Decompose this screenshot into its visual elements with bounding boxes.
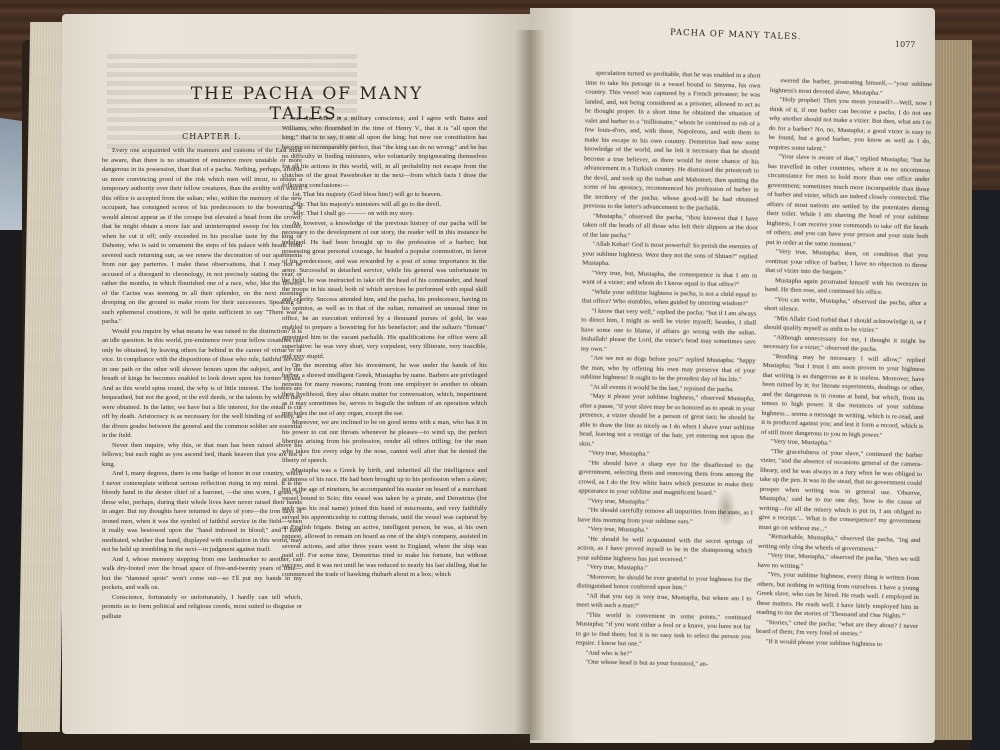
paragraph: "While your sublime highness is pacha, i… (582, 287, 757, 309)
paragraph: speculation turned so profitable, that h… (583, 69, 760, 215)
left-page-column-1: Every one acquainted with the manners an… (102, 146, 302, 706)
ink-stain (716, 488, 736, 528)
right-page: PACHA OF MANY TALES. 1077 speculation tu… (530, 8, 935, 743)
paragraph: Would you inquire by what means he was r… (102, 327, 302, 441)
paragraph: Conscience, fortunately or unfortunately… (102, 593, 302, 622)
page-number: 1077 (895, 40, 916, 50)
paragraph: And I, whose memory stepping from one la… (102, 555, 302, 593)
paragraph: 1st. That his majesty (God bless him!) w… (282, 190, 487, 200)
paragraph: 2dly. That his majesty's ministers will … (282, 200, 487, 210)
paragraph: As, however, a knowledge of the previous… (282, 219, 487, 362)
paragraph: "Very true, but, Mustapha, the consequen… (582, 268, 757, 290)
paragraph: "Are we not as dogs before you?" replied… (580, 353, 755, 385)
paragraph: "Very true, Mustapha; then, on condition… (765, 247, 928, 280)
right-page-column-2: swered the barber, prostrating himself,—… (754, 76, 933, 720)
paragraph: "Reading may be necessary I will allow,"… (761, 351, 925, 441)
book-gutter (515, 30, 545, 740)
paragraph: our sins. Mine is a military conscience,… (282, 114, 487, 190)
paragraph: "He should be well acquainted with the s… (577, 534, 752, 566)
paragraph: Never then inquire, why this, or that ma… (102, 441, 302, 470)
paragraph: And I, many degrees, there is one badge … (102, 469, 302, 555)
paragraph: Every one acquainted with the manners an… (102, 146, 302, 327)
paragraph: "One whose head is but as your footstool… (575, 657, 750, 670)
paragraph: "This world is convenient in some points… (576, 610, 752, 651)
paragraph: "All that you say is very true, Mustapha… (576, 591, 751, 613)
page-edges-right (930, 40, 972, 740)
paragraph: On the morning after his investment, he … (282, 361, 487, 418)
paragraph: "Your slave is aware of that," replied M… (766, 152, 930, 251)
paragraph: "Mustapha," observed the pacha, "thou kn… (583, 211, 758, 243)
paragraph: "Moreover, he should be ever grateful to… (577, 572, 752, 594)
paragraph: "Holy prophet! Then you mean yourself?—W… (768, 95, 931, 156)
paragraph: "May it please your sublime highness," o… (579, 391, 755, 451)
left-page-column-2: our sins. Mine is a military conscience,… (282, 114, 487, 709)
left-page: THE PACHA OF MANY TALES. CHAPTER I. Ever… (62, 14, 532, 734)
right-page-column-1: speculation turned so profitable, that h… (574, 69, 760, 722)
paragraph: Moreover, we are inclined to be on good … (282, 418, 487, 466)
paragraph: "Allah Kebar! God is most powerful! So p… (582, 239, 757, 271)
paragraph: Mustapha was a Greek by birth, and inher… (282, 466, 487, 580)
running-head: PACHA OF MANY TALES. (670, 28, 802, 43)
paragraph: 3dly. That I shall go ——— on with my sto… (282, 209, 487, 219)
paragraph: "I know that very well," replied the pac… (581, 306, 757, 357)
paragraph: "Yes, your sublime highness, every thing… (756, 570, 919, 622)
paragraph: "The gracefulness of your slave," contin… (758, 446, 922, 536)
